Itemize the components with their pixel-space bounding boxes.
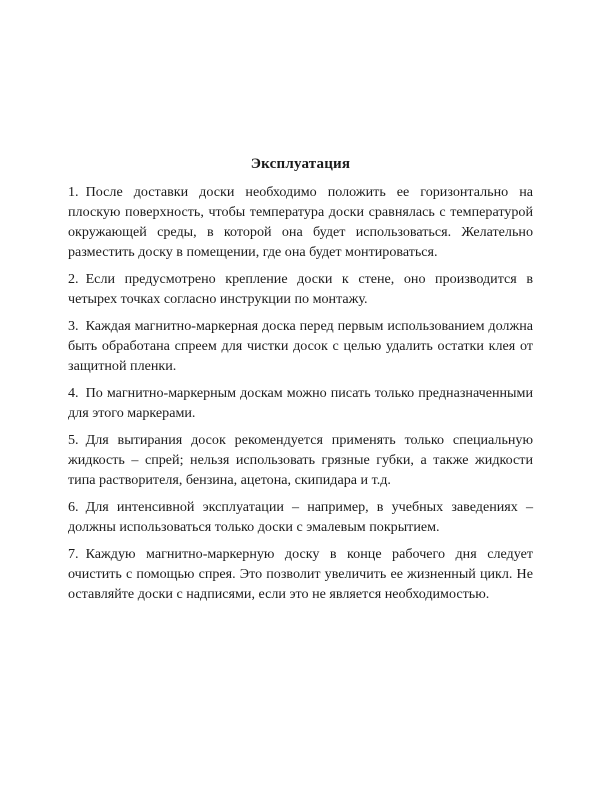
item-number-4: 4. bbox=[68, 385, 79, 401]
list-item-7: 7.Каждую магнитно-маркерную доску в конц… bbox=[68, 544, 533, 604]
list-item-4: 4.По магнитно-маркерным доскам можно пис… bbox=[68, 383, 533, 423]
item-text-3: Каждая магнитно-маркерная доска перед пе… bbox=[68, 318, 533, 374]
item-number-3: 3. bbox=[68, 318, 79, 334]
item-text-6: Для интенсивной эксплуатации – например,… bbox=[68, 499, 533, 535]
item-number-6: 6. bbox=[68, 499, 79, 515]
list-item-1: 1.После доставки доски необходимо положи… bbox=[68, 182, 533, 262]
page-title: Эксплуатация bbox=[68, 154, 533, 174]
list-item-3: 3.Каждая магнитно-маркерная доска перед … bbox=[68, 316, 533, 376]
item-number-5: 5. bbox=[68, 432, 79, 448]
item-text-7: Каждую магнитно-маркерную доску в конце … bbox=[68, 546, 533, 602]
list-item-6: 6.Для интенсивной эксплуатации – наприме… bbox=[68, 497, 533, 537]
item-number-2: 2. bbox=[68, 271, 79, 287]
item-number-1: 1. bbox=[68, 184, 79, 200]
list-item-2: 2.Если предусмотрено крепление доски к с… bbox=[68, 269, 533, 309]
item-number-7: 7. bbox=[68, 546, 79, 562]
item-text-2: Если предусмотрено крепление доски к сте… bbox=[68, 271, 533, 307]
list-item-5: 5.Для вытирания досок рекомендуется прим… bbox=[68, 430, 533, 490]
item-text-4: По магнитно-маркерным доскам можно писат… bbox=[68, 385, 533, 421]
document-page: Эксплуатация 1.После доставки доски необ… bbox=[0, 0, 600, 800]
item-text-1: После доставки доски необходимо положить… bbox=[68, 184, 533, 260]
item-text-5: Для вытирания досок рекомендуется примен… bbox=[68, 432, 533, 488]
